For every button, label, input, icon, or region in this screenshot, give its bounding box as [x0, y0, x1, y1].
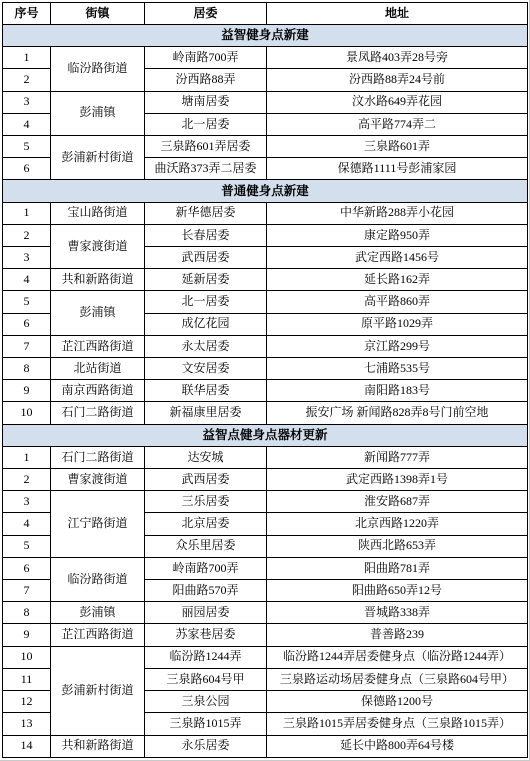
table-row: 1石门二路街道达安城新闻路777弄 [3, 446, 528, 468]
town-cell: 共和新路街道 [51, 269, 145, 291]
serial-cell: 11 [3, 668, 51, 690]
committee-cell: 文安居委 [145, 358, 267, 380]
table-row: 9芷江西路街道苏家巷居委普善路239 [3, 624, 528, 646]
committee-cell: 汾西路88弄 [145, 69, 267, 91]
table-row: 10石门二路街道新福康里居委振安广场 新闻路828弄8号门前空地 [3, 402, 528, 424]
serial-cell: 3 [3, 491, 51, 513]
town-cell: 彭浦新村街道 [51, 646, 145, 735]
committee-cell: 永太居委 [145, 335, 267, 357]
column-header-committee: 居委 [145, 3, 267, 25]
committee-cell: 三乐居委 [145, 491, 267, 513]
table-row: 2曹家渡街道长春居委康定路950弄 [3, 224, 528, 246]
address-cell: 保德路1200号 [267, 691, 528, 713]
serial-cell: 4 [3, 269, 51, 291]
serial-cell: 4 [3, 513, 51, 535]
serial-cell: 10 [3, 646, 51, 668]
town-cell: 宝山路街道 [51, 202, 145, 224]
town-cell: 彭浦新村街道 [51, 136, 145, 180]
address-cell: 中华新路288弄小花园 [267, 202, 528, 224]
column-header-serial: 序号 [3, 3, 51, 25]
address-cell: 汶水路649弄花园 [267, 91, 528, 113]
address-cell: 高平路860弄 [267, 291, 528, 313]
committee-cell: 阳曲路570弄 [145, 580, 267, 602]
address-cell: 原平路1029弄 [267, 313, 528, 335]
committee-cell: 岭南路700弄 [145, 47, 267, 69]
committee-cell: 三泉路1015弄 [145, 713, 267, 735]
fitness-points-table: 序号 街镇 居委 地址 益智健身点新建1临汾路街道岭南路700弄景凤路403弄2… [2, 2, 528, 758]
serial-cell: 4 [3, 113, 51, 135]
committee-cell: 三泉公园 [145, 691, 267, 713]
town-cell: 临汾路街道 [51, 557, 145, 601]
serial-cell: 3 [3, 91, 51, 113]
serial-cell: 2 [3, 69, 51, 91]
address-cell: 景凤路403弄28号旁 [267, 47, 528, 69]
serial-cell: 1 [3, 446, 51, 468]
address-cell: 淮安路687弄 [267, 491, 528, 513]
table-row: 5彭浦镇北一居委高平路860弄 [3, 291, 528, 313]
column-header-address: 地址 [267, 3, 528, 25]
section-header-row: 益智点健身点器材更新 [3, 424, 528, 446]
table-row: 3彭浦镇塘南居委汶水路649弄花园 [3, 91, 528, 113]
table-row: 3江宁路街道三乐居委淮安路687弄 [3, 491, 528, 513]
address-cell: 七浦路535号 [267, 358, 528, 380]
committee-cell: 北一居委 [145, 113, 267, 135]
serial-cell: 8 [3, 602, 51, 624]
committee-cell: 延新居委 [145, 269, 267, 291]
town-cell: 曹家渡街道 [51, 469, 145, 491]
serial-cell: 12 [3, 691, 51, 713]
address-cell: 武定西路1398弄1号 [267, 469, 528, 491]
committee-cell: 永乐居委 [145, 735, 267, 758]
address-cell: 陕西北路653弄 [267, 535, 528, 557]
address-cell: 南阳路183号 [267, 380, 528, 402]
town-cell: 曹家渡街道 [51, 224, 145, 268]
committee-cell: 曲沃路373弄二居委 [145, 158, 267, 180]
column-header-town: 街镇 [51, 3, 145, 25]
serial-cell: 1 [3, 202, 51, 224]
address-cell: 三泉路1015弄居委健身点（三泉路1015弄） [267, 713, 528, 735]
address-cell: 三泉路601弄 [267, 136, 528, 158]
address-cell: 普善路239 [267, 624, 528, 646]
town-cell: 石门二路街道 [51, 446, 145, 468]
committee-cell: 丽园居委 [145, 602, 267, 624]
address-cell: 临汾路1244弄居委健身点（临汾路1244弄） [267, 646, 528, 668]
table-header-row: 序号 街镇 居委 地址 [3, 3, 528, 25]
committee-cell: 北京居委 [145, 513, 267, 535]
table-row: 8北站街道文安居委七浦路535号 [3, 358, 528, 380]
address-cell: 三泉路运动场居委健身点（三泉路604号甲） [267, 668, 528, 690]
serial-cell: 3 [3, 247, 51, 269]
committee-cell: 长春居委 [145, 224, 267, 246]
town-cell: 南京西路街道 [51, 380, 145, 402]
address-cell: 保德路1111号彭浦家园 [267, 158, 528, 180]
town-cell: 共和新路街道 [51, 735, 145, 758]
address-cell: 高平路774弄二 [267, 113, 528, 135]
serial-cell: 2 [3, 469, 51, 491]
committee-cell: 三泉路604号甲 [145, 668, 267, 690]
table-row: 7芷江西路街道永太居委京江路299号 [3, 335, 528, 357]
table-row: 2曹家渡街道武西居委武定西路1398弄1号 [3, 469, 528, 491]
address-cell: 汾西路88弄24号前 [267, 69, 528, 91]
section-title: 普通健身点新建 [3, 180, 528, 202]
address-cell: 北京西路1220弄 [267, 513, 528, 535]
town-cell: 临汾路街道 [51, 47, 145, 91]
committee-cell: 岭南路700弄 [145, 557, 267, 579]
serial-cell: 8 [3, 358, 51, 380]
serial-cell: 14 [3, 735, 51, 758]
serial-cell: 5 [3, 136, 51, 158]
committee-cell: 武西居委 [145, 247, 267, 269]
serial-cell: 5 [3, 535, 51, 557]
committee-cell: 苏家巷居委 [145, 624, 267, 646]
section-title: 益智点健身点器材更新 [3, 424, 528, 446]
table-row: 9南京西路街道联华居委南阳路183号 [3, 380, 528, 402]
serial-cell: 10 [3, 402, 51, 424]
address-cell: 晋城路338弄 [267, 602, 528, 624]
serial-cell: 6 [3, 313, 51, 335]
table-body: 益智健身点新建1临汾路街道岭南路700弄景凤路403弄28号旁2汾西路88弄汾西… [3, 25, 528, 758]
address-cell: 振安广场 新闻路828弄8号门前空地 [267, 402, 528, 424]
address-cell: 新闻路777弄 [267, 446, 528, 468]
committee-cell: 武西居委 [145, 469, 267, 491]
committee-cell: 北一居委 [145, 291, 267, 313]
committee-cell: 临汾路1244弄 [145, 646, 267, 668]
serial-cell: 13 [3, 713, 51, 735]
committee-cell: 新福康里居委 [145, 402, 267, 424]
address-cell: 延长中路800弄64号楼 [267, 735, 528, 758]
town-cell: 江宁路街道 [51, 491, 145, 558]
table-row: 14共和新路街道永乐居委延长中路800弄64号楼 [3, 735, 528, 758]
section-header-row: 益智健身点新建 [3, 25, 528, 47]
town-cell: 彭浦镇 [51, 602, 145, 624]
section-header-row: 普通健身点新建 [3, 180, 528, 202]
serial-cell: 6 [3, 158, 51, 180]
serial-cell: 2 [3, 224, 51, 246]
committee-cell: 新华德居委 [145, 202, 267, 224]
committee-cell: 塘南居委 [145, 91, 267, 113]
table-row: 5彭浦新村街道三泉路601弄居委三泉路601弄 [3, 136, 528, 158]
address-cell: 康定路950弄 [267, 224, 528, 246]
address-cell: 京江路299号 [267, 335, 528, 357]
document-page: 序号 街镇 居委 地址 益智健身点新建1临汾路街道岭南路700弄景凤路403弄2… [0, 0, 530, 761]
section-title: 益智健身点新建 [3, 25, 528, 47]
address-cell: 阳曲路781弄 [267, 557, 528, 579]
table-row: 1宝山路街道新华德居委中华新路288弄小花园 [3, 202, 528, 224]
committee-cell: 成亿花园 [145, 313, 267, 335]
serial-cell: 9 [3, 380, 51, 402]
town-cell: 石门二路街道 [51, 402, 145, 424]
table-row: 8彭浦镇丽园居委晋城路338弄 [3, 602, 528, 624]
serial-cell: 7 [3, 580, 51, 602]
serial-cell: 9 [3, 624, 51, 646]
serial-cell: 1 [3, 47, 51, 69]
town-cell: 芷江西路街道 [51, 624, 145, 646]
table-row: 6临汾路街道岭南路700弄阳曲路781弄 [3, 557, 528, 579]
serial-cell: 6 [3, 557, 51, 579]
serial-cell: 7 [3, 335, 51, 357]
table-row: 10彭浦新村街道临汾路1244弄临汾路1244弄居委健身点（临汾路1244弄） [3, 646, 528, 668]
committee-cell: 众乐里居委 [145, 535, 267, 557]
address-cell: 武定西路1456号 [267, 247, 528, 269]
town-cell: 芷江西路街道 [51, 335, 145, 357]
table-row: 1临汾路街道岭南路700弄景凤路403弄28号旁 [3, 47, 528, 69]
table-row: 4共和新路街道延新居委延长路162弄 [3, 269, 528, 291]
town-cell: 北站街道 [51, 358, 145, 380]
town-cell: 彭浦镇 [51, 291, 145, 335]
committee-cell: 三泉路601弄居委 [145, 136, 267, 158]
address-cell: 延长路162弄 [267, 269, 528, 291]
committee-cell: 联华居委 [145, 380, 267, 402]
town-cell: 彭浦镇 [51, 91, 145, 135]
committee-cell: 达安城 [145, 446, 267, 468]
serial-cell: 5 [3, 291, 51, 313]
address-cell: 阳曲路650弄12号 [267, 580, 528, 602]
